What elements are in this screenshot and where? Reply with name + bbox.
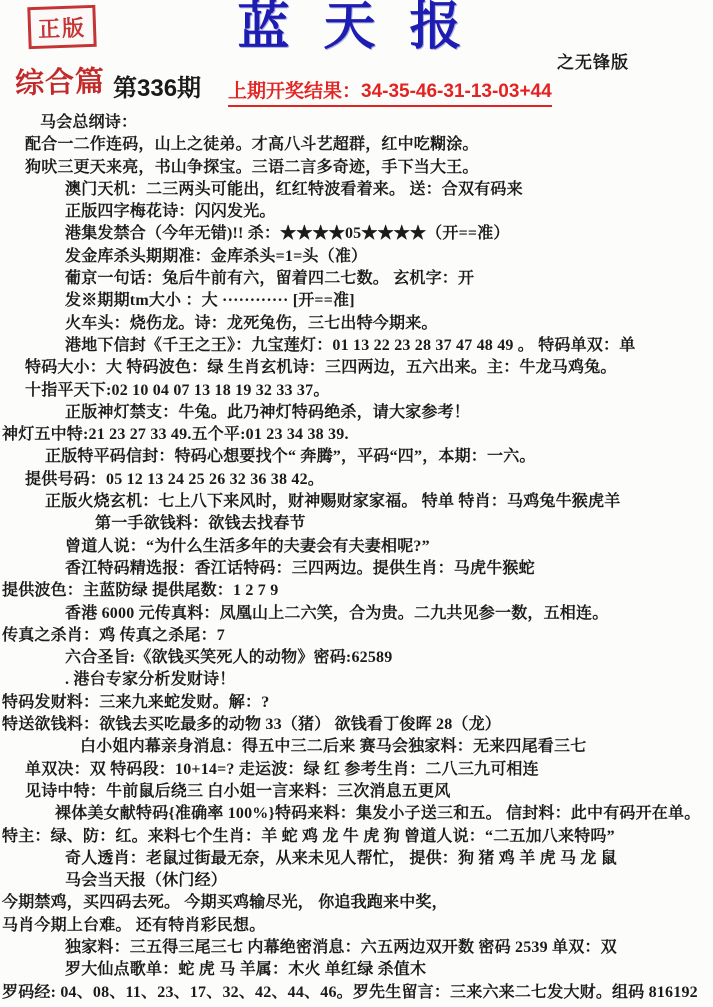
report-line: 特码发财料：三来九来蛇发财。解：? — [0, 692, 713, 714]
report-line: 白小姐内幕亲身消息：得五中三二后来 赛马会独家料：无来四尾看三七 — [0, 736, 713, 758]
report-line: 裸体美女献特码{准确率 100%}特码来料：集发小子送三和五。 信封料：此中有码… — [0, 803, 713, 825]
report-line: 火车头：烧伤龙。诗：龙死兔伤，三七出特今期来。 — [0, 313, 713, 335]
report-line: 马肖今期上台难。 还有特肖彩民想。 — [0, 915, 713, 937]
report-line: 配合一二作连码，山上之徒弟。才高八斗艺超群，红中吃糊涂。 — [0, 134, 713, 156]
report-line: 特码大小：大 特码波色：绿 生肖玄机诗：三四两边，五六出来。主：牛龙马鸡兔。 — [0, 357, 713, 379]
report-line: 葡京一句话：兔后牛前有六，留着四二七数。 玄机字：开 — [0, 268, 713, 290]
newspaper-page: 正版 蓝天报 之无锋版 综合篇 第336期 上期开奖结果：34-35-46-31… — [0, 0, 713, 1007]
report-line: 正版火烧玄机：七上八下来风时，财神赐财家家福。 特单 特肖：马鸡兔牛猴虎羊 — [0, 491, 713, 513]
report-line: 提供波色：主蓝防绿 提供尾数：1 2 7 9 — [0, 580, 713, 602]
report-line: 今期禁鸡，买四码去死。 今期买鸡输尽光， 你追我跑来中奖， — [0, 892, 713, 914]
report-line: 香港 6000 元传真料：凤凰山上二六笑，合为贵。二九共见参一数，五相连。 — [0, 603, 713, 625]
report-line: 发金库杀头期期准：金库杀头=1=头（准） — [0, 246, 713, 268]
section-name: 综合篇 — [14, 59, 105, 102]
edition-label: 之无锋版 — [557, 48, 629, 73]
report-line: 特送欲钱料：欲钱去买吃最多的动物 33（猪） 欲钱看丁俊晖 28（龙） — [0, 714, 713, 736]
report-line: 狗吠三更天来亮，书山争探宝。三语二言多奇迹，手下当大王。 — [0, 157, 713, 179]
report-line: 罗码经: 04、08、11、23、17、32、42、44、46。罗先生留言：三来… — [0, 982, 713, 1004]
report-line: 奇人透肖：老鼠过街最无奈，从来未见人帮忙， 提供：狗 猪 鸡 羊 虎 马 龙 鼠 — [0, 848, 713, 870]
report-line: 正版四字梅花诗：闪闪发光。 — [0, 201, 713, 223]
last-draw-result: 上期开奖结果：34-35-46-31-13-03+44 — [228, 76, 552, 107]
issue-number: 第336期 — [113, 68, 201, 103]
report-lines: 马会总纲诗：配合一二作连码，山上之徒弟。才高八斗艺超群，红中吃糊涂。狗吠三更天来… — [0, 112, 713, 1004]
report-line: 提供号码：05 12 13 24 25 26 32 36 38 42。 — [0, 469, 713, 491]
report-line: 罗大仙点歌单：蛇 虎 马 羊属：木火 单红绿 杀值木 — [0, 959, 713, 981]
report-line: 十指平天下:02 10 04 07 13 18 19 32 33 37。 — [0, 380, 713, 402]
report-line: 六合圣旨:《欲钱买笑死人的动物》密码:62589 — [0, 647, 713, 669]
report-line: 发※期期tm大小 ：大 ············ [开==准] — [0, 290, 713, 312]
report-line: 香江特码精选报：香江话特码：三四两边。提供生肖：马虎牛猴蛇 — [0, 558, 713, 580]
report-line: 神灯五中特:21 23 27 33 49.五个平:01 23 34 38 39. — [0, 424, 713, 446]
report-line: 马会总纲诗： — [0, 112, 713, 134]
report-line: 正版特平码信封：特码心想要找个“ 奔腾”，平码“四”，本期：一六。 — [0, 446, 713, 468]
report-line: 港地下信封《千王之王》：九宝莲灯：01 13 22 23 28 37 47 48… — [0, 335, 713, 357]
report-line: 特主：绿、防：红。来料七个生肖：羊 蛇 鸡 龙 牛 虎 狗 曾道人说：“二五加八… — [0, 826, 713, 848]
report-line: 单双决：双 特码段：10+14=? 走运波：绿 红 参考生肖：二八三九可相连 — [0, 759, 713, 781]
report-line: 独家料：三五得三尾三七 内幕绝密消息：六五两边双开数 密码 2539 单双：双 — [0, 937, 713, 959]
report-line: 传真之杀肖：鸡 传真之杀尾：7 — [0, 625, 713, 647]
report-line: . 港台专家分析发财诗！ — [0, 669, 713, 691]
report-line: 见诗中特：牛前鼠后绕三 白小姐一言来料：三次消息五更风 — [0, 781, 713, 803]
report-line: 马会当天报（休门经） — [0, 870, 713, 892]
report-line: 曾道人说：“为什么生活多年的夫妻会有夫妻相呢?” — [0, 536, 713, 558]
report-line: 澳门天机：二三两头可能出，红红特波看着来。 送：合双有码来 — [0, 179, 713, 201]
report-line: 港集发禁合（今年无错)!! 杀：★★★★05★★★★（开==准） — [0, 223, 713, 245]
report-line: 第一手欲钱料：欲钱去找春节 — [0, 513, 713, 535]
report-line: 正版神灯禁支：牛兔。此乃神灯特码绝杀，请大家参考！ — [0, 402, 713, 424]
